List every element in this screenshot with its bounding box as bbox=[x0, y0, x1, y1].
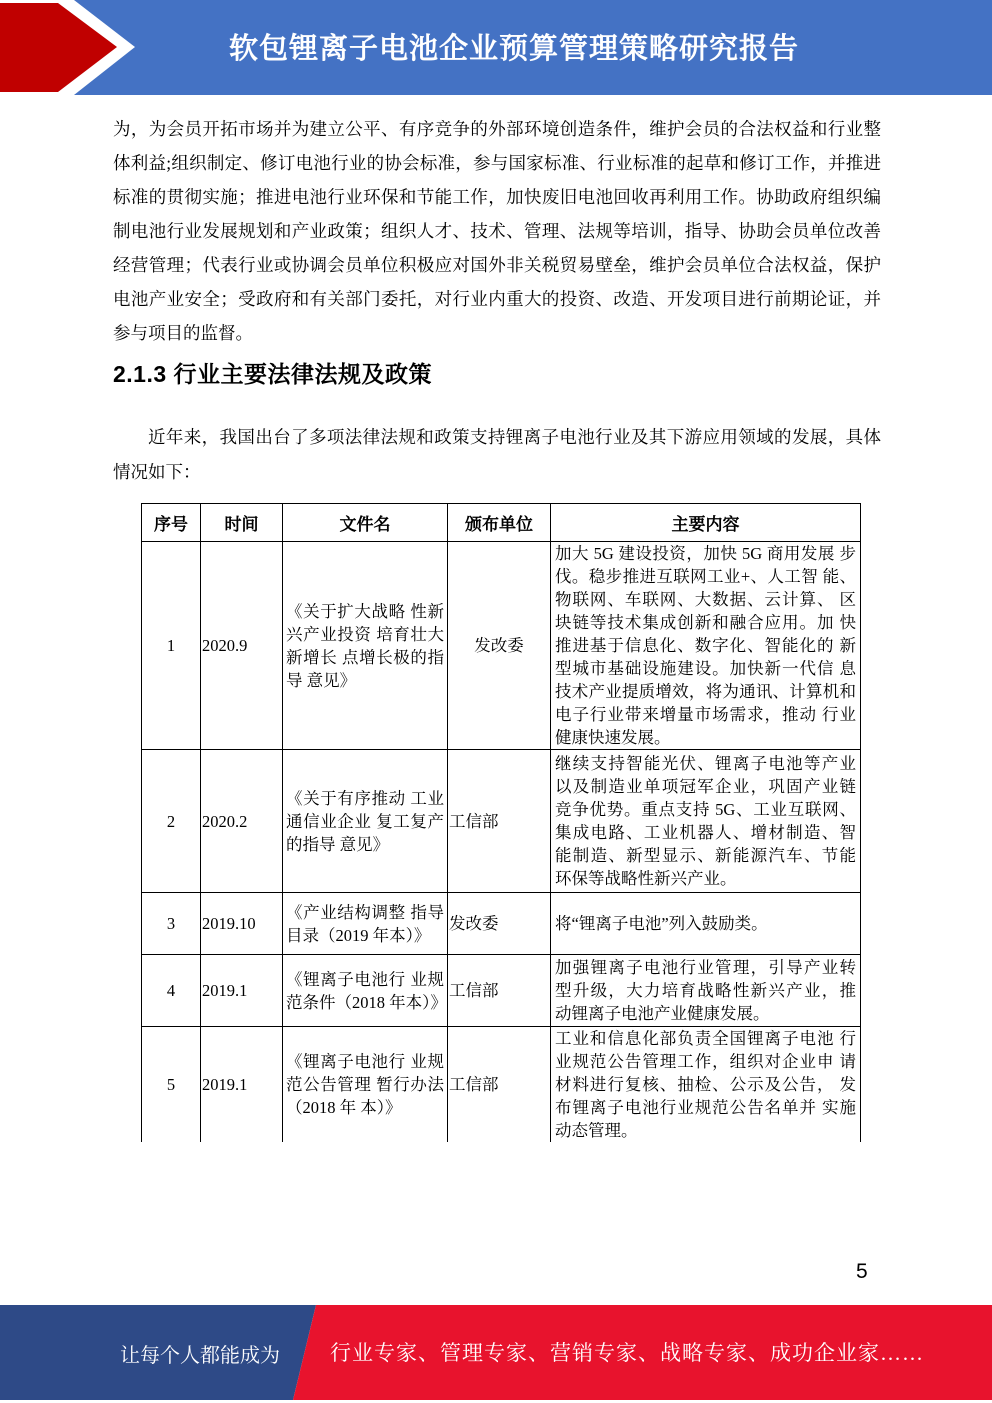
cell-content: 工业和信息化部负责全国锂离子电池 行业规范公告管理工作，组织对企业申 请材料进行… bbox=[551, 1027, 861, 1143]
cell-unit: 发改委 bbox=[448, 893, 551, 955]
page-number: 5 bbox=[856, 1260, 868, 1284]
cell-date: 2019.10 bbox=[201, 893, 283, 955]
cell-date: 2019.1 bbox=[201, 955, 283, 1027]
table-row: 2 2020.2 《关于有序推动 工业通信业企业 复工复产的指导 意见》 工信部… bbox=[142, 750, 861, 893]
section-heading: 2.1.3 行业主要法律法规及政策 bbox=[113, 356, 432, 389]
cell-date: 2019.1 bbox=[201, 1027, 283, 1143]
col-header-doc: 文件名 bbox=[283, 504, 448, 542]
cell-doc: 《产业结构调整 指导目录（2019 年本）》 bbox=[283, 893, 448, 955]
cell-index: 3 bbox=[142, 893, 201, 955]
header-banner: 软包锂离子电池企业预算管理策略研究报告 bbox=[0, 0, 992, 95]
cell-content: 加强锂离子电池行业管理，引导产业转 型升级，大力培育战略性新兴产业，推 动锂离子… bbox=[551, 955, 861, 1027]
report-title: 软包锂离子电池企业预算管理策略研究报告 bbox=[0, 26, 992, 67]
cell-content: 将“锂离子电池”列入鼓励类。 bbox=[551, 893, 861, 955]
table-row: 5 2019.1 《锂离子电池行 业规范公告管理 暂行办法（2018 年 本）》… bbox=[142, 1027, 861, 1143]
cell-doc: 《锂离子电池行 业规范公告管理 暂行办法（2018 年 本）》 bbox=[283, 1027, 448, 1143]
cell-index: 5 bbox=[142, 1027, 201, 1143]
col-header-index: 序号 bbox=[142, 504, 201, 542]
cell-unit: 工信部 bbox=[448, 955, 551, 1027]
laws-policies-table: 序号 时间 文件名 颁布单位 主要内容 1 2020.9 《关于扩大战略 性新兴… bbox=[141, 503, 861, 1142]
cell-index: 1 bbox=[142, 542, 201, 750]
body-paragraph-2: 近年来，我国出台了多项法律法规和政策支持锂离子电池行业及其下游应用领域的发展，具… bbox=[113, 420, 881, 490]
table-row: 3 2019.10 《产业结构调整 指导目录（2019 年本）》 发改委 将“锂… bbox=[142, 893, 861, 955]
cell-doc: 《关于有序推动 工业通信业企业 复工复产的指导 意见》 bbox=[283, 750, 448, 893]
cell-date: 2020.2 bbox=[201, 750, 283, 893]
footer-slogan-left: 让每个人都能成为 bbox=[120, 1339, 280, 1368]
cell-unit: 工信部 bbox=[448, 1027, 551, 1143]
cell-doc: 《关于扩大战略 性新兴产业投资 培育壮大新增长 点增长极的指导 意见》 bbox=[283, 542, 448, 750]
col-header-content: 主要内容 bbox=[551, 504, 861, 542]
table-header-row: 序号 时间 文件名 颁布单位 主要内容 bbox=[142, 504, 861, 542]
cell-date: 2020.9 bbox=[201, 542, 283, 750]
col-header-date: 时间 bbox=[201, 504, 283, 542]
report-page: 软包锂离子电池企业预算管理策略研究报告 为，为会员开拓市场并为建立公平、有序竞争… bbox=[0, 0, 992, 1403]
cell-doc: 《锂离子电池行 业规范条件（2018 年本）》 bbox=[283, 955, 448, 1027]
table-row: 1 2020.9 《关于扩大战略 性新兴产业投资 培育壮大新增长 点增长极的指导… bbox=[142, 542, 861, 750]
cell-content: 继续支持智能光伏、锂离子电池等产业 以及制造业单项冠军企业，巩固产业链 竞争优势… bbox=[551, 750, 861, 893]
footer-slogan-right: 行业专家、管理专家、营销专家、战略专家、成功企业家…… bbox=[330, 1337, 924, 1367]
col-header-unit: 颁布单位 bbox=[448, 504, 551, 542]
footer-banner: 让每个人都能成为 行业专家、管理专家、营销专家、战略专家、成功企业家…… bbox=[0, 1305, 992, 1400]
cell-index: 4 bbox=[142, 955, 201, 1027]
cell-unit: 发改委 bbox=[448, 542, 551, 750]
cell-unit: 工信部 bbox=[448, 750, 551, 893]
body-paragraph-1: 为，为会员开拓市场并为建立公平、有序竞争的外部环境创造条件，维护会员的合法权益和… bbox=[113, 112, 881, 350]
cell-index: 2 bbox=[142, 750, 201, 893]
table-row: 4 2019.1 《锂离子电池行 业规范条件（2018 年本）》 工信部 加强锂… bbox=[142, 955, 861, 1027]
cell-content: 加大 5G 建设投资，加快 5G 商用发展 步伐。稳步推进互联网工业+、人工智 … bbox=[551, 542, 861, 750]
